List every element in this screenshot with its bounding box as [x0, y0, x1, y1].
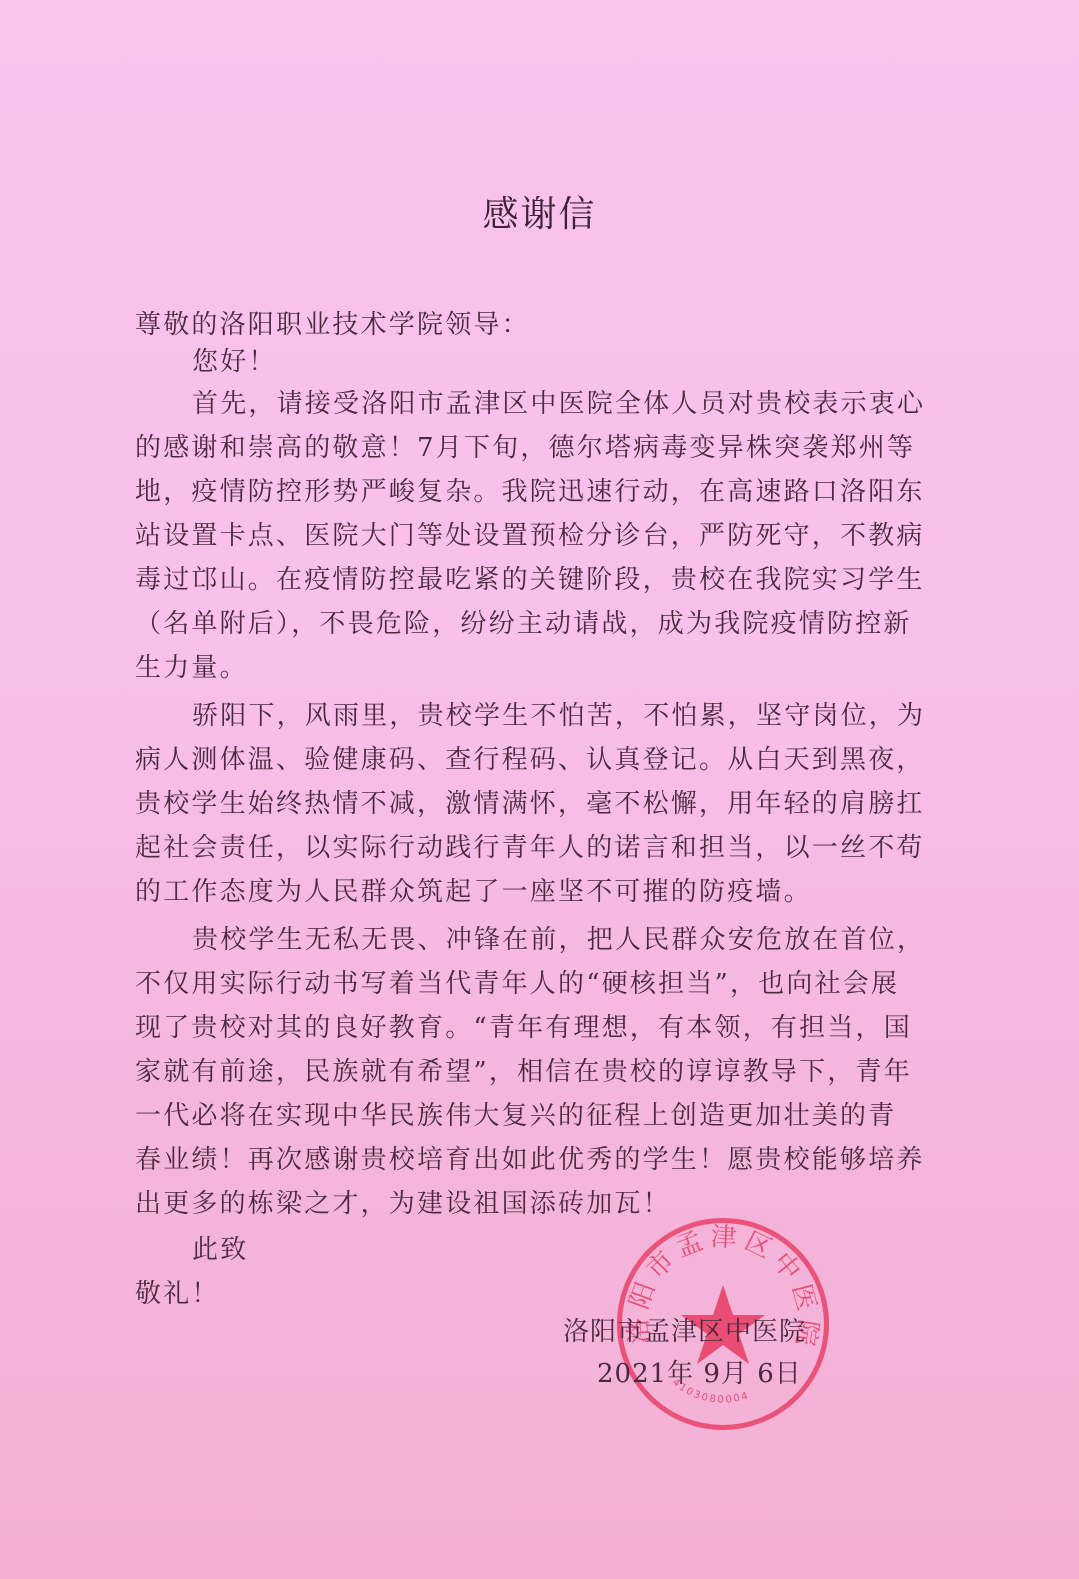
closing-line: 此致 — [135, 1228, 1022, 1272]
letter-title: 感谢信 — [0, 186, 1079, 237]
body-line: 家就有前途，民族就有希望”，相信在贵校的谆谆教导下，青年 — [135, 1050, 965, 1094]
body-line: 地，疫情防控形势严峻复杂。我院迅速行动，在高速路口洛阳东 — [135, 470, 965, 514]
letter-page: 感谢信 尊敬的洛阳职业技术学院领导： 您好！ 首先，请接受洛阳市孟津区中医院全体… — [0, 0, 1079, 1579]
closing-regards: 敬礼！ — [135, 1272, 965, 1316]
body-line: 起社会责任，以实际行动践行青年人的诺言和担当，以一丝不苟 — [135, 826, 965, 870]
body-line: 病人测体温、验健康码、查行程码、认真登记。从白天到黑夜， — [135, 738, 965, 782]
body-line: 不仅用实际行动书写着当代青年人的“硬核担当”，也向社会展 — [135, 962, 965, 1006]
body-line: 贵校学生无私无畏、冲锋在前，把人民群众安危放在首位， — [135, 918, 1022, 962]
signature-date: 2021年 9月 6日 — [597, 1353, 802, 1390]
body-line: 贵校学生始终热情不减，激情满怀，毫不松懈，用年轻的肩膀扛 — [135, 782, 965, 826]
body-line: 毒过邙山。在疫情防控最吃紧的关键阶段，贵校在我院实习学生 — [135, 558, 965, 602]
body-line: 站设置卡点、医院大门等处设置预检分诊台，严防死守，不教病 — [135, 514, 965, 558]
body-line: 生力量。 — [135, 646, 965, 690]
body-line: 的感谢和崇高的敬意！7月下旬，德尔塔病毒变异株突袭郑州等 — [135, 426, 965, 470]
body-line: 的工作态度为人民群众筑起了一座坚不可摧的防疫墙。 — [135, 870, 965, 914]
body-line: 春业绩！再次感谢贵校培育出如此优秀的学生！愿贵校能够培养 — [135, 1138, 965, 1182]
body-line: 出更多的栋梁之才，为建设祖国添砖加瓦！ — [135, 1182, 965, 1226]
body-line: 现了贵校对其的良好教育。“青年有理想，有本领，有担当，国 — [135, 1006, 965, 1050]
body-line: 一代必将在实现中华民族伟大复兴的征程上创造更加壮美的青 — [135, 1094, 965, 1138]
greeting: 您好！ — [135, 340, 1022, 384]
signature-org: 洛阳市孟津区中医院 — [563, 1311, 806, 1348]
body-line: 首先，请接受洛阳市孟津区中医院全体人员对贵校表示衷心 — [135, 382, 1022, 426]
body-line: （名单附后），不畏危险，纷纷主动请战，成为我院疫情防控新 — [135, 602, 965, 646]
body-line: 骄阳下，风雨里，贵校学生不怕苦，不怕累，坚守岗位，为 — [135, 694, 1022, 738]
